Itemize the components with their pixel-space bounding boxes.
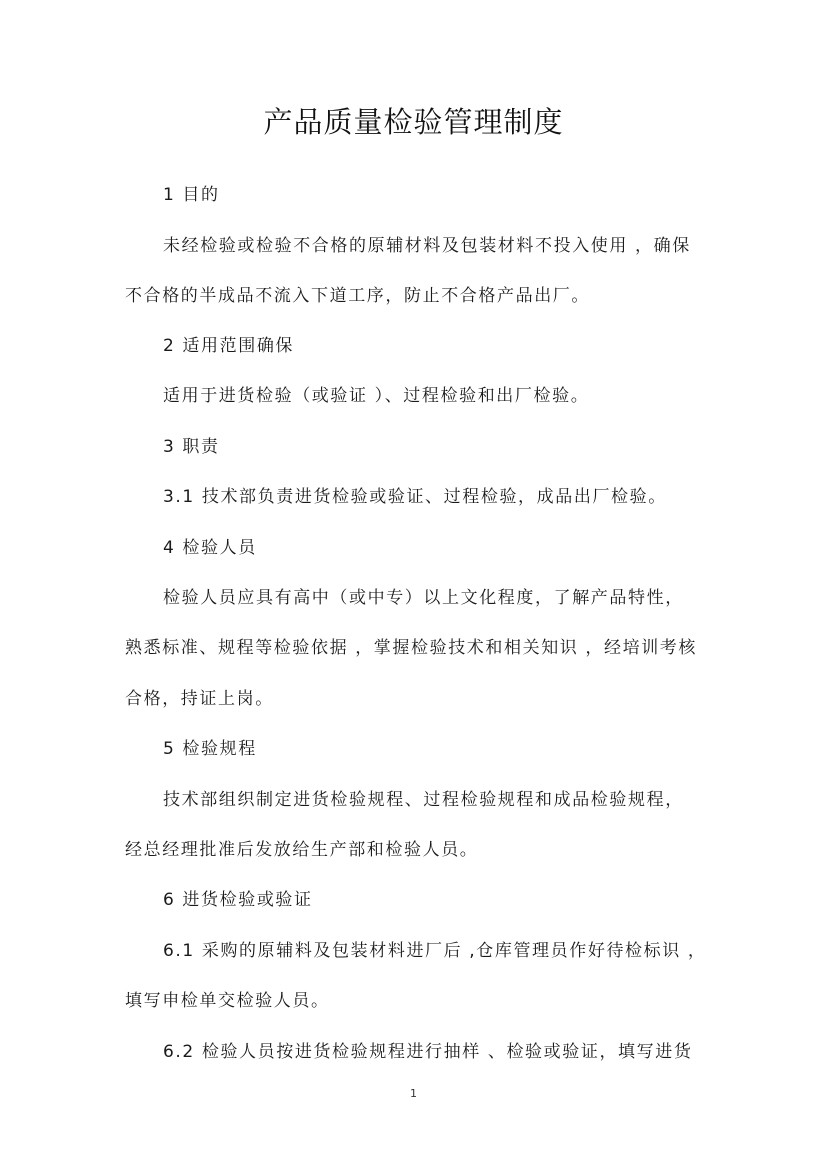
- text-line: 填写申检单交检验人员。: [125, 986, 330, 1011]
- document-title: 产品质量检验管理制度: [0, 100, 827, 141]
- text-line: 6.2 检验人员按进货检验规程进行抽样 、检验或验证，填写进货: [163, 1037, 692, 1062]
- text-line: 合格，持证上岗。: [125, 684, 274, 709]
- page-number: 1: [0, 1087, 827, 1100]
- text-line: 3.1 技术部负责进货检验或验证、过程检验，成品出厂检验。: [163, 482, 667, 507]
- text-line: 3 职责: [163, 432, 220, 457]
- text-line: 未经检验或检验不合格的原辅材料及包装材料不投入使用 ，确保: [163, 231, 691, 256]
- text-line: 不合格的半成品不流入下道工序，防止不合格产品出厂。: [125, 281, 590, 306]
- text-line: 6.1 采购的原辅料及包装材料进厂后 ,仓库管理员作好待检标识 ，: [163, 936, 706, 961]
- document-page: 产品质量检验管理制度 1 目的未经检验或检验不合格的原辅材料及包装材料不投入使用…: [0, 0, 827, 1170]
- text-line: 适用于进货检验（或验证 ）、过程检验和出厂检验。: [163, 381, 589, 406]
- text-line: 2 适用范围确保: [163, 331, 294, 356]
- text-line: 经总经理批准后发放给生产部和检验人员。: [125, 835, 478, 860]
- text-line: 6 进货检验或验证: [163, 885, 313, 910]
- text-line: 5 检验规程: [163, 734, 257, 759]
- text-line: 检验人员应具有高中（或中专）以上文化程度，了解产品特性，: [163, 583, 684, 608]
- text-line: 技术部组织制定进货检验规程、过程检验规程和成品检验规程，: [163, 785, 684, 810]
- text-line: 熟悉标准、规程等检验依据 ，掌握检验技术和相关知识 ，经培训考核: [125, 633, 697, 658]
- text-line: 4 检验人员: [163, 533, 257, 558]
- text-line: 1 目的: [163, 180, 220, 205]
